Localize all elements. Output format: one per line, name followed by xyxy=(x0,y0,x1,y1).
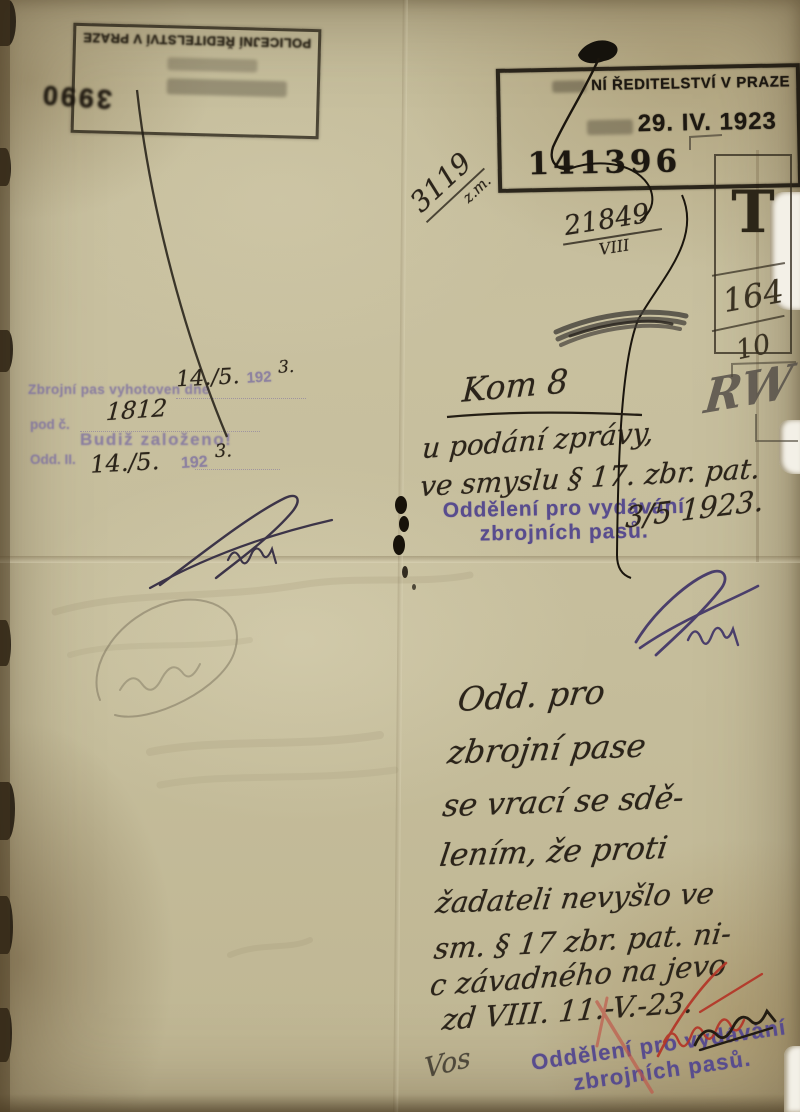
initials-monogram: RW xyxy=(702,353,795,424)
issue-record-fill-line1 xyxy=(176,397,306,399)
kom-underline xyxy=(447,413,642,417)
message-line-4: lením, že proti xyxy=(438,830,670,874)
receipt-stamp-date: 29. IV. 1923 xyxy=(637,108,777,138)
issue-record-line2: pod č. xyxy=(30,417,70,432)
message-line-5: žadateli nevyšlo ve xyxy=(434,876,717,920)
message-line-1: Odd. pro xyxy=(456,672,608,719)
scratched-out-word xyxy=(556,312,686,345)
bottom-shadow xyxy=(0,1094,800,1112)
filing-label-letter: T xyxy=(716,156,790,268)
message-line-3: se vrací se sdě- xyxy=(441,780,687,825)
issue-record-line4: Odd. II. xyxy=(30,452,76,467)
inverted-police-stamp-text: POLICEJNÍ ŘEDITELSTVÍ V PRAZE xyxy=(76,30,318,51)
receipt-stamp-smudge xyxy=(553,80,587,93)
issue-record-fill-line4 xyxy=(195,468,280,470)
kom-note: Kom 8 xyxy=(461,361,569,410)
issue-date-bottom: 14./5. 192 3. xyxy=(89,440,233,478)
message-line-2: zbrojní pase xyxy=(445,726,648,771)
receipt-stamp-title: NÍ ŘEDITELSTVÍ V PRAZE xyxy=(591,73,790,94)
torn-white-patch xyxy=(779,420,800,474)
receipt-date-smudge xyxy=(587,120,633,136)
issue-year-stamp-top: 192 xyxy=(246,368,272,386)
pencil-oval-scribble xyxy=(96,600,236,717)
inverted-stamp-smudge xyxy=(167,57,257,72)
diagonal-number-note: 3119 z.m. xyxy=(402,142,497,236)
left-edge-shading xyxy=(0,0,10,1112)
filing-label-box: T 164 10 xyxy=(714,154,792,354)
inverted-police-stamp: POLICEJNÍ ŘEDITELSTVÍ V PRAZE xyxy=(71,23,322,139)
receipt-stamp-number: 141396 xyxy=(527,143,681,182)
issue-number: 1812 xyxy=(105,394,168,426)
inverted-number-stamp: 3990 xyxy=(7,76,113,114)
issue-record-line1: Zbrojní pas vyhotoven dne xyxy=(28,382,210,397)
bleed-through-marks xyxy=(55,575,470,955)
signature-right-purple xyxy=(636,571,758,655)
clerk-mark: Vos xyxy=(424,1042,472,1085)
issue-date-top-suffix: 3. xyxy=(278,357,295,378)
inverted-stamp-smudge xyxy=(167,78,287,97)
signature-left xyxy=(150,496,332,588)
scanned-document-page: POLICEJNÍ ŘEDITELSTVÍ V PRAZE 3990 NÍ ŘE… xyxy=(0,0,800,1112)
ink-blots-fold xyxy=(393,496,416,590)
instruction-line1: u podání zprávy, xyxy=(421,416,655,465)
issue-date-bottom-value: 14./5. xyxy=(89,447,160,479)
issue-date-bottom-suffix: 3. xyxy=(214,440,232,462)
reference-number-note: 21849 VIII xyxy=(558,196,665,264)
ink-blob-top xyxy=(578,40,618,63)
